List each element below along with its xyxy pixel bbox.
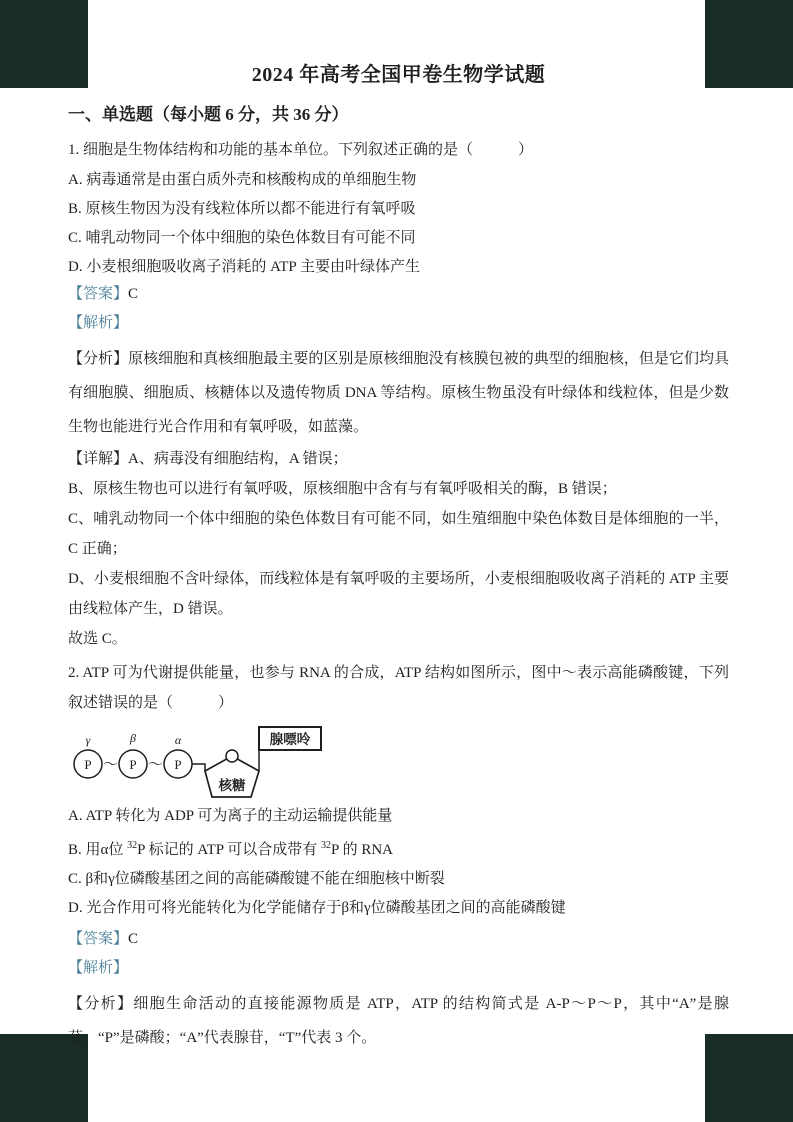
phosphate-p-gamma: P <box>84 757 91 772</box>
phosphate-p-alpha: P <box>174 757 181 772</box>
answer-label: 【答案】 <box>68 931 128 947</box>
q1-answer-value: C <box>128 286 138 302</box>
phosphate-p-beta: P <box>129 757 136 772</box>
q1-analysis-row: 【解析】 <box>68 313 729 333</box>
q2-analysis-row: 【解析】 <box>68 958 729 978</box>
q2-option-b-isotope-1: 32 <box>127 840 137 851</box>
q2-option-a: A. ATP 转化为 ADP 可为离子的主动运输提供能量 <box>68 802 729 831</box>
q1-detail-a: 【详解】A、病毒没有细胞结构，A 错误； <box>68 444 729 474</box>
q1-detail-block: 【详解】A、病毒没有细胞结构，A 错误； B、原核生物也可以进行有氧呼吸，原核细… <box>68 444 729 654</box>
adenine-label: 腺嘌呤 <box>270 731 311 747</box>
analysis-label: 【解析】 <box>68 315 128 331</box>
q1-conclusion: 故选 C。 <box>68 624 729 654</box>
q1-option-c: C. 哺乳动物同一个体中细胞的染色体数目有可能不同 <box>68 228 729 248</box>
alpha-label: α <box>175 733 182 747</box>
q1-option-b: B. 原核生物因为没有线粒体所以都不能进行有氧呼吸 <box>68 199 729 219</box>
high-energy-bond-1: ～ <box>103 757 118 773</box>
answer-label: 【答案】 <box>68 286 128 302</box>
q2-answer-row: 【答案】C <box>68 929 729 949</box>
q2-analysis-paragraph: 【分析】细胞生命活动的直接能源物质是 ATP，ATP 的结构简式是 A-P～P～… <box>68 987 729 1055</box>
atp-structure-diagram: γ β α P P P ～ ～ 核糖 <box>72 720 729 802</box>
section-heading: 一、单选题（每小题 6 分，共 36 分） <box>68 103 729 127</box>
ribose-oxygen-circle <box>226 750 238 762</box>
gamma-label: γ <box>86 733 91 747</box>
q2-stem: 2. ATP 可为代谢提供能量，也参与 RNA 的合成，ATP 结构如图所示，图… <box>68 658 729 718</box>
beta-label: β <box>129 731 136 745</box>
p-ribose-connector <box>192 764 205 771</box>
q1-analysis-paragraph: 【分析】原核细胞和真核细胞最主要的区别是原核细胞没有核膜包被的典型的细胞核，但是… <box>68 342 729 444</box>
q2-option-b-post: P 的 RNA <box>331 842 393 858</box>
q2-answer-value: C <box>128 931 138 947</box>
document-content: 2024 年高考全国甲卷生物学试题 一、单选题（每小题 6 分，共 36 分） … <box>0 0 793 1055</box>
q1-stem: 1. 细胞是生物体结构和功能的基本单位。下列叙述正确的是（ ） <box>68 140 729 160</box>
q1-answer-row: 【答案】C <box>68 284 729 304</box>
q2-option-b: B. 用α位 32P 标记的 ATP 可以合成带有 32P 的 RNA <box>68 831 729 865</box>
exam-document-page: 2024 年高考全国甲卷生物学试题 一、单选题（每小题 6 分，共 36 分） … <box>0 0 793 1122</box>
q1-detail-d: D、小麦根细胞不含叶绿体，而线粒体是有氧呼吸的主要场所，小麦根细胞吸收离子消耗的… <box>68 564 729 624</box>
q2-option-b-pre: B. 用α位 <box>68 842 127 858</box>
q2-option-b-isotope-2: 32 <box>321 840 331 851</box>
q1-option-d: D. 小麦根细胞吸收离子消耗的 ATP 主要由叶绿体产生 <box>68 257 729 277</box>
q2-options-block: A. ATP 转化为 ADP 可为离子的主动运输提供能量 B. 用α位 32P … <box>68 802 729 923</box>
page-title: 2024 年高考全国甲卷生物学试题 <box>68 62 729 88</box>
atp-diagram-svg: γ β α P P P ～ ～ 核糖 <box>72 720 332 802</box>
q2-option-c: C. β和γ位磷酸基团之间的高能磷酸键不能在细胞核中断裂 <box>68 865 729 894</box>
analysis-label: 【解析】 <box>68 960 128 976</box>
q1-detail-c: C、哺乳动物同一个体中细胞的染色体数目有可能不同，如生殖细胞中染色体数目是体细胞… <box>68 504 729 564</box>
high-energy-bond-2: ～ <box>148 757 163 773</box>
ribose-label: 核糖 <box>218 777 246 793</box>
q1-option-a: A. 病毒通常是由蛋白质外壳和核酸构成的单细胞生物 <box>68 170 729 190</box>
q1-detail-b: B、原核生物也可以进行有氧呼吸，原核细胞中含有与有氧呼吸相关的酶，B 错误； <box>68 474 729 504</box>
q2-option-d: D. 光合作用可将光能转化为化学能储存于β和γ位磷酸基团之间的高能磷酸键 <box>68 894 729 923</box>
q2-option-b-mid: P 标记的 ATP 可以合成带有 <box>137 842 321 858</box>
